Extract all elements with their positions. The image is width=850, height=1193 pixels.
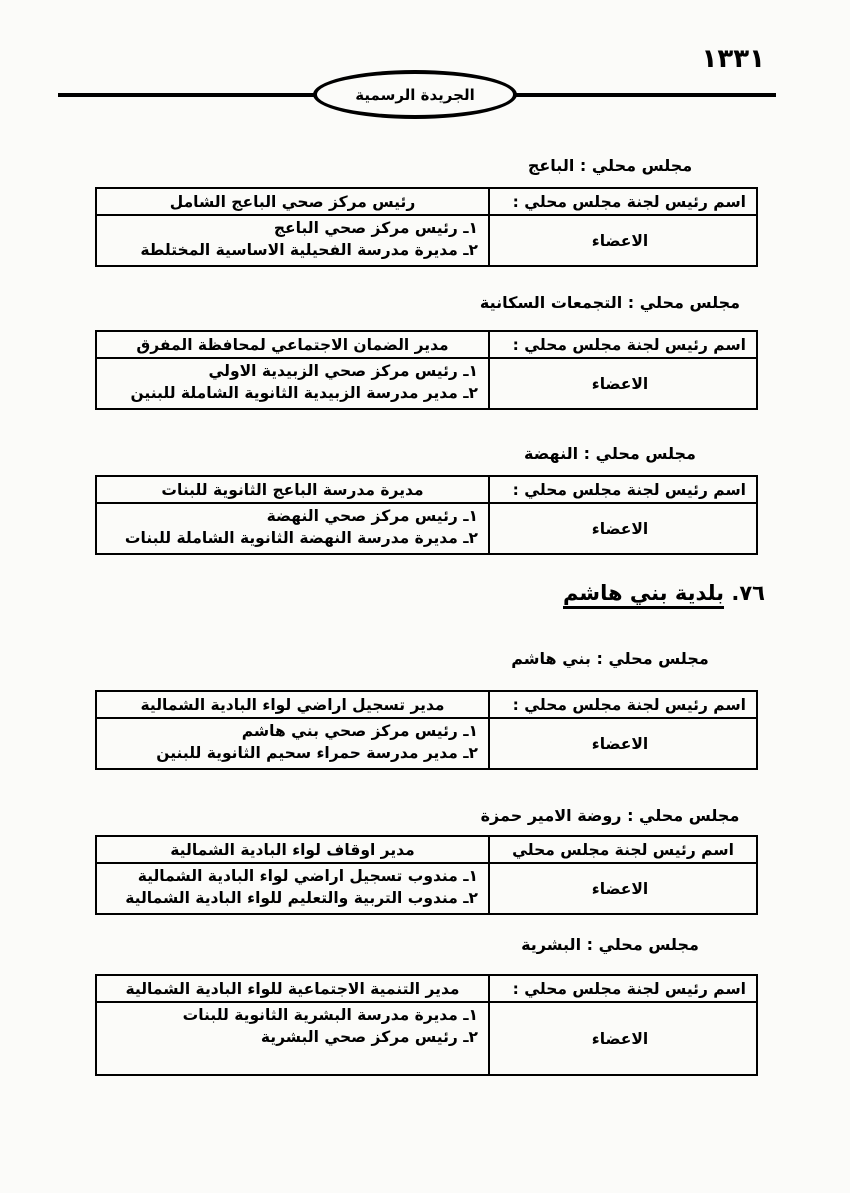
municipality-title: بلدية بني هاشم [563,581,724,609]
chairman-value: مدير الضمان الاجتماعي لمحافظة المفرق [96,331,489,358]
members-label: الاعضاء [489,1002,757,1075]
chairman-row: اسم رئيس لجنة مجلس محلي : مدير الضمان ال… [96,331,757,358]
chairman-value: مديرة مدرسة الباعج الثانوية للبنات [96,476,489,503]
council-table-rawdat-alamir-hamza: اسم رئيس لجنة مجلس محلي مدير اوقاف لواء … [95,835,758,915]
council-table-tajammuat: اسم رئيس لجنة مجلس محلي : مدير الضمان ال… [95,330,758,410]
members-label: الاعضاء [489,215,757,266]
member-item: ١ـ رئيس مركز صحي بني هاشم [103,721,478,743]
members-row: الاعضاء ١ـ مندوب تسجيل اراضي لواء البادي… [96,863,757,914]
members-list: ١ـ مندوب تسجيل اراضي لواء البادية الشمال… [96,863,489,914]
members-label: الاعضاء [489,863,757,914]
gazette-name: الجريدة الرسمية [355,86,474,104]
members-row: الاعضاء ١ـ رئيس مركز صحي الباعج ٢ـ مديرة… [96,215,757,266]
council-title-bani-hashem: مجلس محلي : بني هاشم [460,649,760,668]
chairman-value: مدير التنمية الاجتماعية للواء البادية ال… [96,975,489,1002]
chairman-label: اسم رئيس لجنة مجلس محلي : [489,476,757,503]
chairman-label: اسم رئيس لجنة مجلس محلي : [489,975,757,1002]
member-item: ٢ـ مديرة مدرسة الفحيلية الاساسية المختلط… [103,240,478,262]
chairman-value: مدير اوقاف لواء البادية الشمالية [96,836,489,863]
chairman-label: اسم رئيس لجنة مجلس محلي : [489,691,757,718]
chairman-label: اسم رئيس لجنة مجلس محلي : [489,331,757,358]
members-list: ١ـ مديرة مدرسة البشرية الثانوية للبنات ٢… [96,1002,489,1075]
member-item: ١ـ رئيس مركز صحي النهضة [103,506,478,528]
council-table-bani-hashem: اسم رئيس لجنة مجلس محلي : مدير تسجيل ارا… [95,690,758,770]
member-item: ١ـ رئيس مركز صحي الزبيدية الاولي [103,361,478,383]
chairman-row: اسم رئيس لجنة مجلس محلي : مدير التنمية ا… [96,975,757,1002]
members-row: الاعضاء ١ـ مديرة مدرسة البشرية الثانوية … [96,1002,757,1075]
chairman-label: اسم رئيس لجنة مجلس محلي [489,836,757,863]
council-title-albaaj: مجلس محلي : الباعج [460,156,760,175]
council-table-albaaj: اسم رئيس لجنة مجلس محلي : رئيس مركز صحي … [95,187,758,267]
member-item: ٢ـ مندوب التربية والتعليم للواء البادية … [103,888,478,910]
members-row: الاعضاء ١ـ رئيس مركز صحي النهضة ٢ـ مديرة… [96,503,757,554]
member-item: ٢ـ مديرة مدرسة النهضة الثانوية الشاملة ل… [103,528,478,550]
members-list: ١ـ رئيس مركز صحي بني هاشم ٢ـ مدير مدرسة … [96,718,489,769]
gazette-page: ١٣٣١ الجريدة الرسمية مجلس محلي : الباعج … [0,0,850,1193]
chairman-value: رئيس مركز صحي الباعج الشامل [96,188,489,215]
chairman-value: مدير تسجيل اراضي لواء البادية الشمالية [96,691,489,718]
council-table-albishriyya: اسم رئيس لجنة مجلس محلي : مدير التنمية ا… [95,974,758,1076]
council-title-tajammuat: مجلس محلي : التجمعات السكانية [460,293,760,312]
member-item: ١ـ مديرة مدرسة البشرية الثانوية للبنات [103,1005,478,1027]
member-item: ٢ـ رئيس مركز صحي البشرية [103,1027,478,1049]
municipality-number: ٧٦. [731,581,765,605]
municipality-heading-76: ٧٦. بلدية بني هاشم [0,581,765,609]
members-list: ١ـ رئيس مركز صحي النهضة ٢ـ مديرة مدرسة ا… [96,503,489,554]
members-list: ١ـ رئيس مركز صحي الزبيدية الاولي ٢ـ مدير… [96,358,489,409]
council-title-rawdat-alamir-hamza: مجلس محلي : روضة الامير حمزة [460,806,760,825]
member-item: ٢ـ مدير مدرسة حمراء سحيم الثانوية للبنين [103,743,478,765]
page-number: ١٣٣١ [702,44,765,74]
chairman-label: اسم رئيس لجنة مجلس محلي : [489,188,757,215]
council-title-alnahda: مجلس محلي : النهضة [460,444,760,463]
members-list: ١ـ رئيس مركز صحي الباعج ٢ـ مديرة مدرسة ا… [96,215,489,266]
gazette-name-badge: الجريدة الرسمية [313,70,517,119]
page-header: ١٣٣١ الجريدة الرسمية [0,0,850,122]
members-label: الاعضاء [489,718,757,769]
member-item: ١ـ رئيس مركز صحي الباعج [103,218,478,240]
chairman-row: اسم رئيس لجنة مجلس محلي : مديرة مدرسة ال… [96,476,757,503]
chairman-row: اسم رئيس لجنة مجلس محلي مدير اوقاف لواء … [96,836,757,863]
members-label: الاعضاء [489,503,757,554]
council-table-alnahda: اسم رئيس لجنة مجلس محلي : مديرة مدرسة ال… [95,475,758,555]
member-item: ١ـ مندوب تسجيل اراضي لواء البادية الشمال… [103,866,478,888]
members-row: الاعضاء ١ـ رئيس مركز صحي الزبيدية الاولي… [96,358,757,409]
chairman-row: اسم رئيس لجنة مجلس محلي : مدير تسجيل ارا… [96,691,757,718]
chairman-row: اسم رئيس لجنة مجلس محلي : رئيس مركز صحي … [96,188,757,215]
members-row: الاعضاء ١ـ رئيس مركز صحي بني هاشم ٢ـ مدي… [96,718,757,769]
council-title-albishriyya: مجلس محلي : البشرية [460,935,760,954]
members-label: الاعضاء [489,358,757,409]
member-item: ٢ـ مدير مدرسة الزبيدية الثانوية الشاملة … [103,383,478,405]
